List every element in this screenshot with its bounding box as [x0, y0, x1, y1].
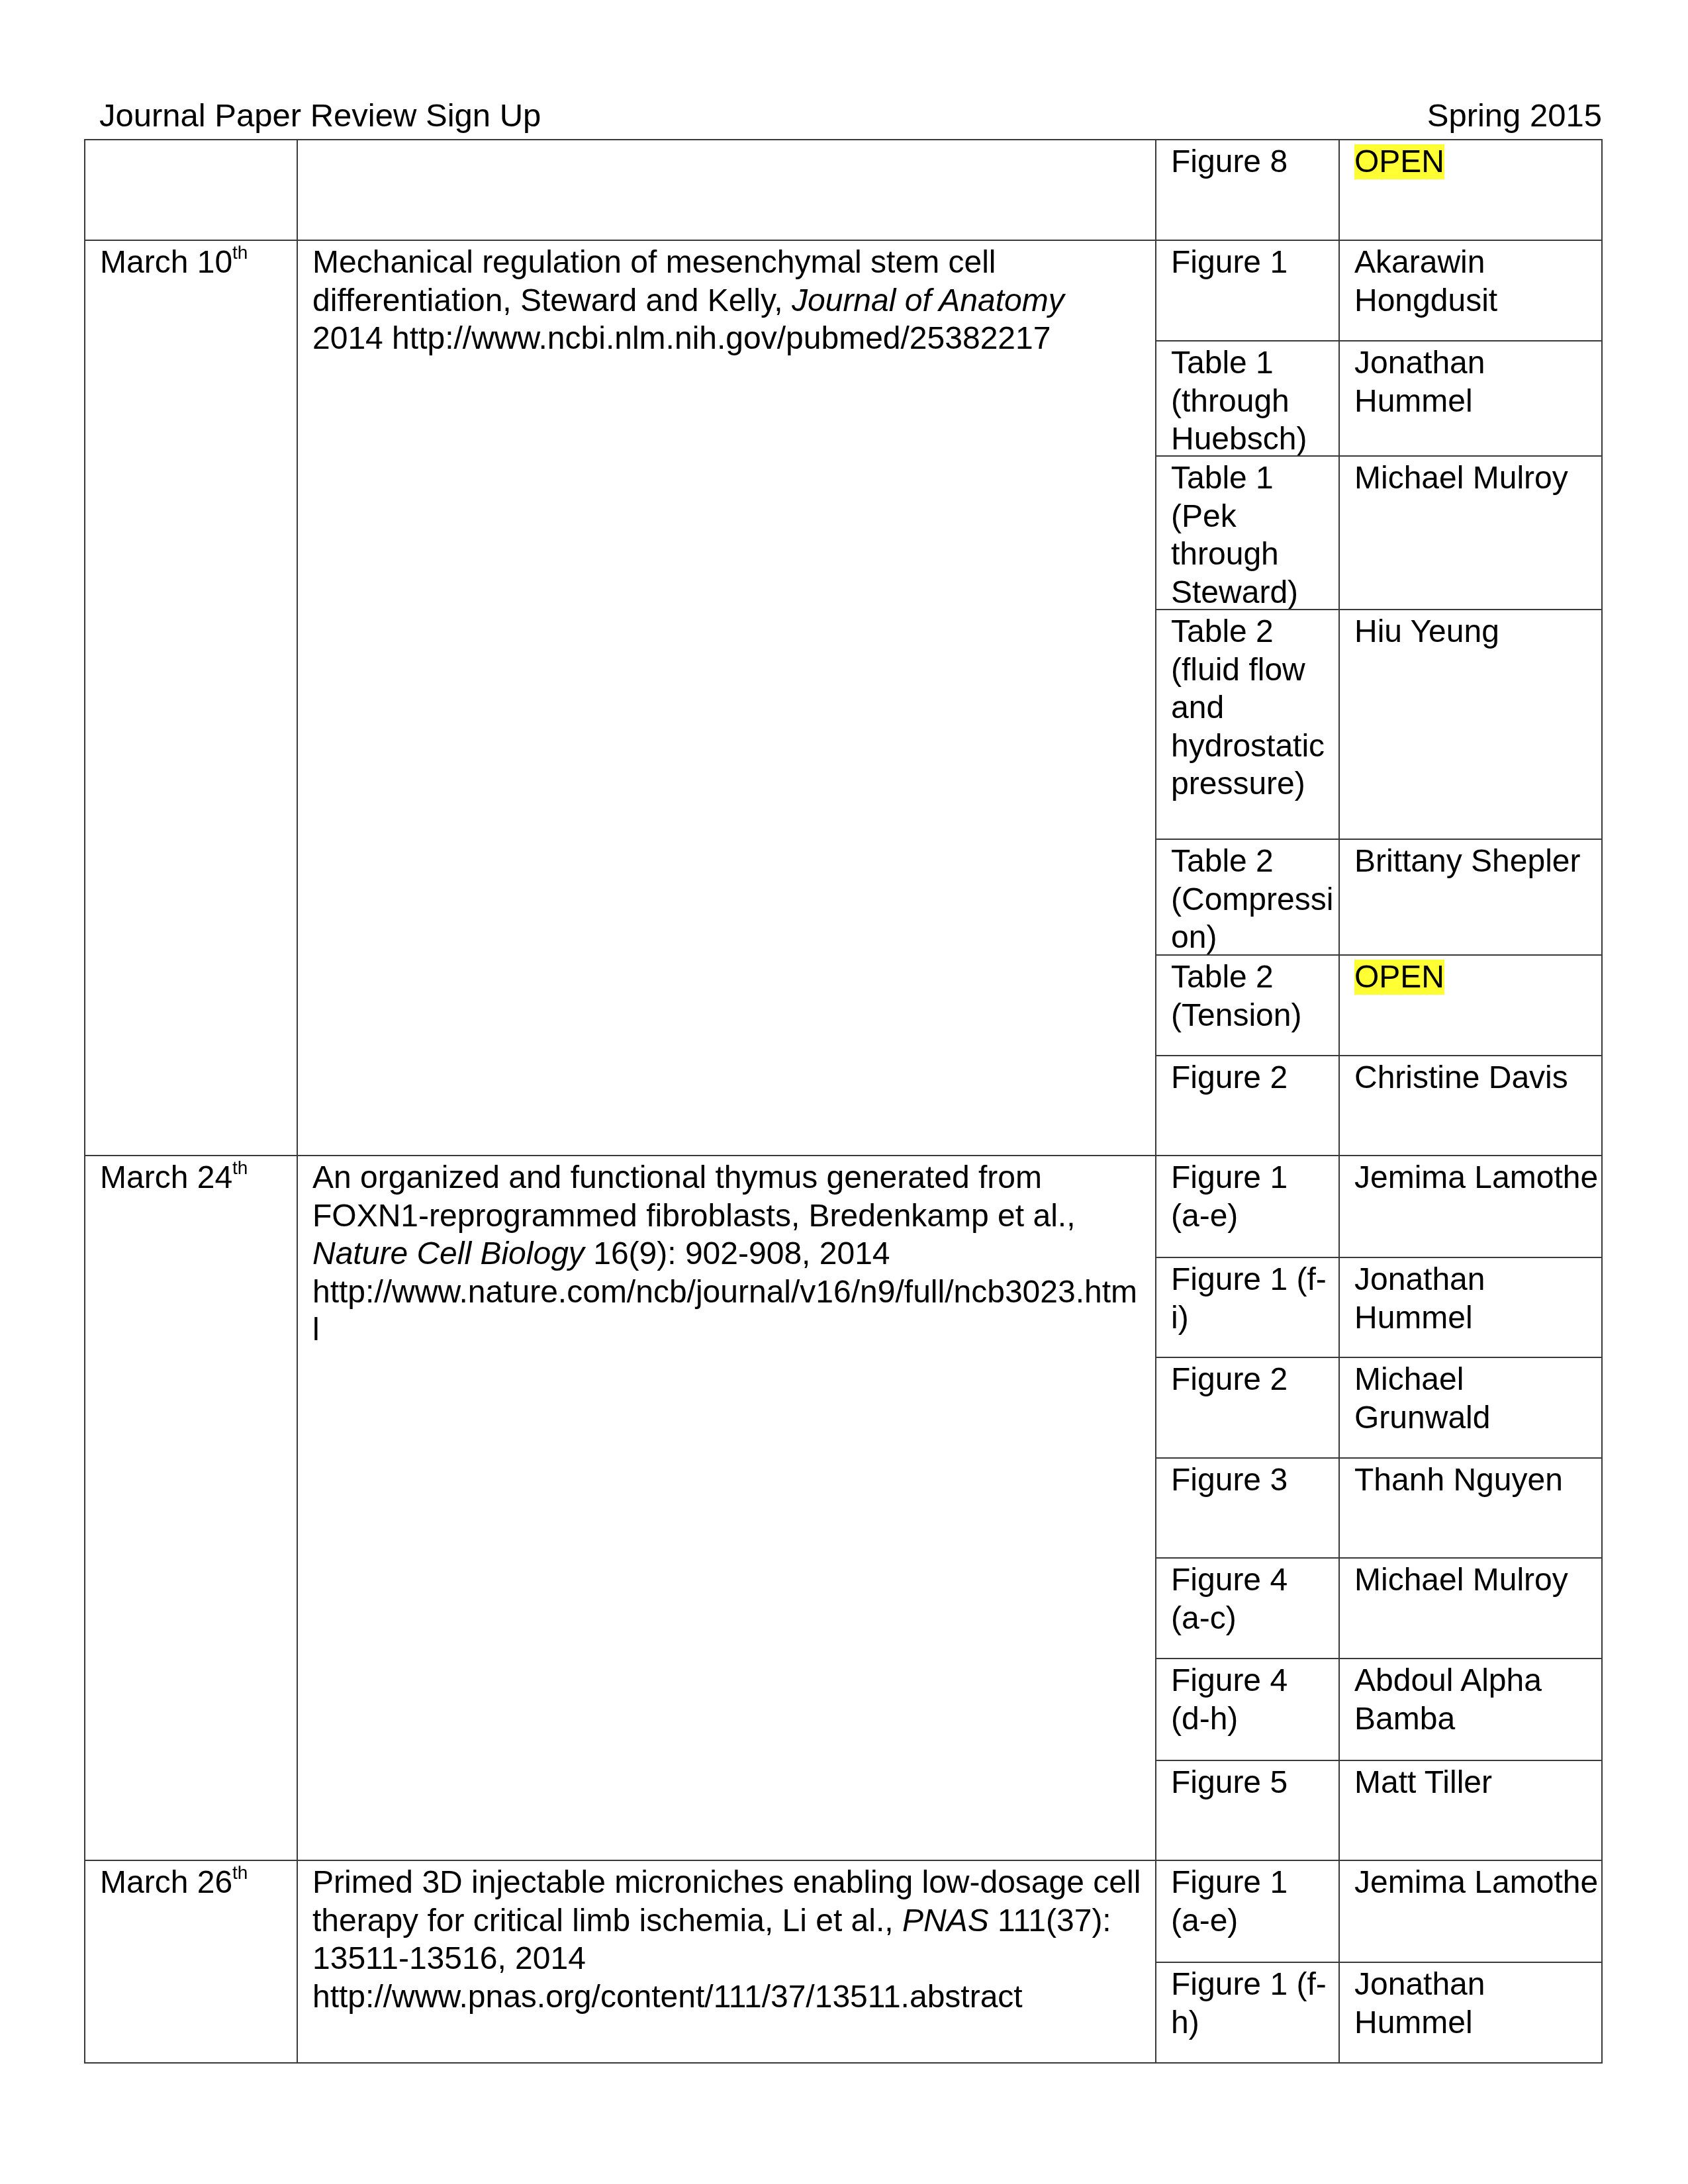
citation-text: 2014 http://www.ncbi.nlm.nih.gov/pubmed/…	[312, 321, 1051, 356]
paper-citation-cell	[297, 139, 1156, 241]
assignment-item-cell: Figure 4 (d-h)	[1155, 1658, 1340, 1761]
reviewer-cell: Christine Davis	[1338, 1055, 1603, 1156]
reviewer-cell: Matt Tiller	[1338, 1760, 1603, 1861]
assignment-item: Table 2 (fluid flow and hydrostatic pres…	[1171, 614, 1325, 801]
session-date: March 10	[100, 245, 232, 280]
signup-table: Figure 8OPENMarch 10thMechanical regulat…	[84, 139, 1601, 2062]
date-cell: March 24th	[84, 1155, 298, 1861]
assignment-item-cell: Figure 2	[1155, 1055, 1340, 1156]
reviewer-cell: Akarawin Hongdusit	[1338, 240, 1603, 341]
citation-text: An organized and functional thymus gener…	[312, 1160, 1075, 1234]
reviewer-name: Abdoul Alpha Bamba	[1354, 1663, 1542, 1737]
assignment-item: Figure 2	[1171, 1362, 1288, 1397]
reviewer-cell: Michael Mulroy	[1338, 1557, 1603, 1659]
assignment-item: Table 2 (Tension)	[1171, 960, 1301, 1033]
assignment-item: Figure 5	[1171, 1765, 1288, 1800]
assignment-item-cell: Figure 1 (a-e)	[1155, 1155, 1340, 1258]
date-ordinal-suffix: th	[232, 1158, 248, 1178]
reviewer-name: Michael Mulroy	[1354, 1563, 1568, 1598]
assignment-item: Figure 1 (f-i)	[1171, 1262, 1327, 1336]
assignment-item: Figure 8	[1171, 144, 1288, 179]
assignment-item: Figure 4 (d-h)	[1171, 1663, 1288, 1737]
reviewer-name: Thanh Nguyen	[1354, 1463, 1563, 1498]
reviewer-name: Jemima Lamothe	[1354, 1865, 1598, 1900]
reviewer-cell: Jemima Lamothe	[1338, 1860, 1603, 1963]
reviewer-cell: Brittany Shepler	[1338, 839, 1603, 956]
paper-citation-cell: Primed 3D injectable microniches enablin…	[297, 1860, 1156, 2064]
assignment-item-cell: Figure 1 (f-h)	[1155, 1962, 1340, 2064]
reviewer-name: Akarawin Hongdusit	[1354, 245, 1497, 318]
reviewer-cell: OPEN	[1338, 954, 1603, 1056]
paper-citation-cell: An organized and functional thymus gener…	[297, 1155, 1156, 1861]
assignment-item-cell: Table 1 (through Huebsch)	[1155, 340, 1340, 457]
assignment-item-cell: Figure 1 (f-i)	[1155, 1257, 1340, 1358]
assignment-item-cell: Figure 1	[1155, 240, 1340, 341]
reviewer-cell: Jonathan Hummel	[1338, 1257, 1603, 1358]
assignment-item-cell: Figure 4 (a-c)	[1155, 1557, 1340, 1659]
assignment-item-cell: Figure 2	[1155, 1357, 1340, 1459]
reviewer-cell: Abdoul Alpha Bamba	[1338, 1658, 1603, 1761]
assignment-item-cell: Figure 8	[1155, 139, 1340, 241]
reviewer-name: Michael Grunwald	[1354, 1362, 1490, 1435]
reviewer-name: Jonathan Hummel	[1354, 1262, 1485, 1336]
date-ordinal-suffix: th	[232, 1862, 248, 1883]
assignment-item-cell: Table 2 (Compression)	[1155, 839, 1340, 956]
reviewer-cell: Thanh Nguyen	[1338, 1457, 1603, 1559]
assignment-item: Figure 1 (f-h)	[1171, 1967, 1327, 2040]
assignment-item-cell: Figure 3	[1155, 1457, 1340, 1559]
document-title: Journal Paper Review Sign Up	[99, 96, 541, 136]
page-header: Journal Paper Review Sign Up Spring 2015	[99, 96, 1602, 136]
assignment-item: Figure 1 (a-e)	[1171, 1160, 1288, 1234]
reviewer-name: Hiu Yeung	[1354, 614, 1499, 649]
assignment-item: Figure 1 (a-e)	[1171, 1865, 1288, 1938]
reviewer-cell: OPEN	[1338, 139, 1603, 241]
journal-name: PNAS	[902, 1903, 989, 1938]
reviewer-name: Jemima Lamothe	[1354, 1160, 1598, 1195]
assignment-item: Table 2 (Compression)	[1171, 844, 1333, 955]
reviewer-name: Brittany Shepler	[1354, 844, 1581, 879]
date-ordinal-suffix: th	[232, 242, 248, 263]
open-slot-badge: OPEN	[1354, 960, 1444, 995]
assignment-item: Table 1 (Pek through Steward)	[1171, 461, 1298, 610]
paper-citation-cell: Mechanical regulation of mesenchymal ste…	[297, 240, 1156, 1156]
assignment-item-cell: Figure 5	[1155, 1760, 1340, 1861]
reviewer-cell: Jemima Lamothe	[1338, 1155, 1603, 1258]
session-date: March 26	[100, 1865, 232, 1900]
journal-name: Journal of Anatomy	[792, 283, 1064, 318]
assignment-item-cell: Table 2 (fluid flow and hydrostatic pres…	[1155, 609, 1340, 840]
reviewer-cell: Hiu Yeung	[1338, 609, 1603, 840]
assignment-item: Table 1 (through Huebsch)	[1171, 345, 1307, 457]
reviewer-cell: Jonathan Hummel	[1338, 1962, 1603, 2064]
assignment-item-cell: Table 2 (Tension)	[1155, 954, 1340, 1056]
assignment-item: Figure 2	[1171, 1060, 1288, 1095]
reviewer-name: Christine Davis	[1354, 1060, 1568, 1095]
reviewer-cell: Jonathan Hummel	[1338, 340, 1603, 457]
date-cell	[84, 139, 298, 241]
reviewer-name: Jonathan Hummel	[1354, 345, 1485, 419]
open-slot-badge: OPEN	[1354, 144, 1444, 179]
term-label: Spring 2015	[1427, 96, 1602, 136]
journal-name: Nature Cell Biology	[312, 1236, 585, 1271]
assignment-item: Figure 4 (a-c)	[1171, 1563, 1288, 1636]
date-cell: March 10th	[84, 240, 298, 1156]
assignment-item-cell: Figure 1 (a-e)	[1155, 1860, 1340, 1963]
date-cell: March 26th	[84, 1860, 298, 2064]
reviewer-name: Michael Mulroy	[1354, 461, 1568, 496]
reviewer-cell: Michael Mulroy	[1338, 455, 1603, 610]
assignment-item: Figure 1	[1171, 245, 1288, 280]
reviewer-cell: Michael Grunwald	[1338, 1357, 1603, 1459]
assignment-item-cell: Table 1 (Pek through Steward)	[1155, 455, 1340, 610]
session-date: March 24	[100, 1160, 232, 1195]
reviewer-name: Jonathan Hummel	[1354, 1967, 1485, 2040]
reviewer-name: Matt Tiller	[1354, 1765, 1492, 1800]
assignment-item: Figure 3	[1171, 1463, 1288, 1498]
